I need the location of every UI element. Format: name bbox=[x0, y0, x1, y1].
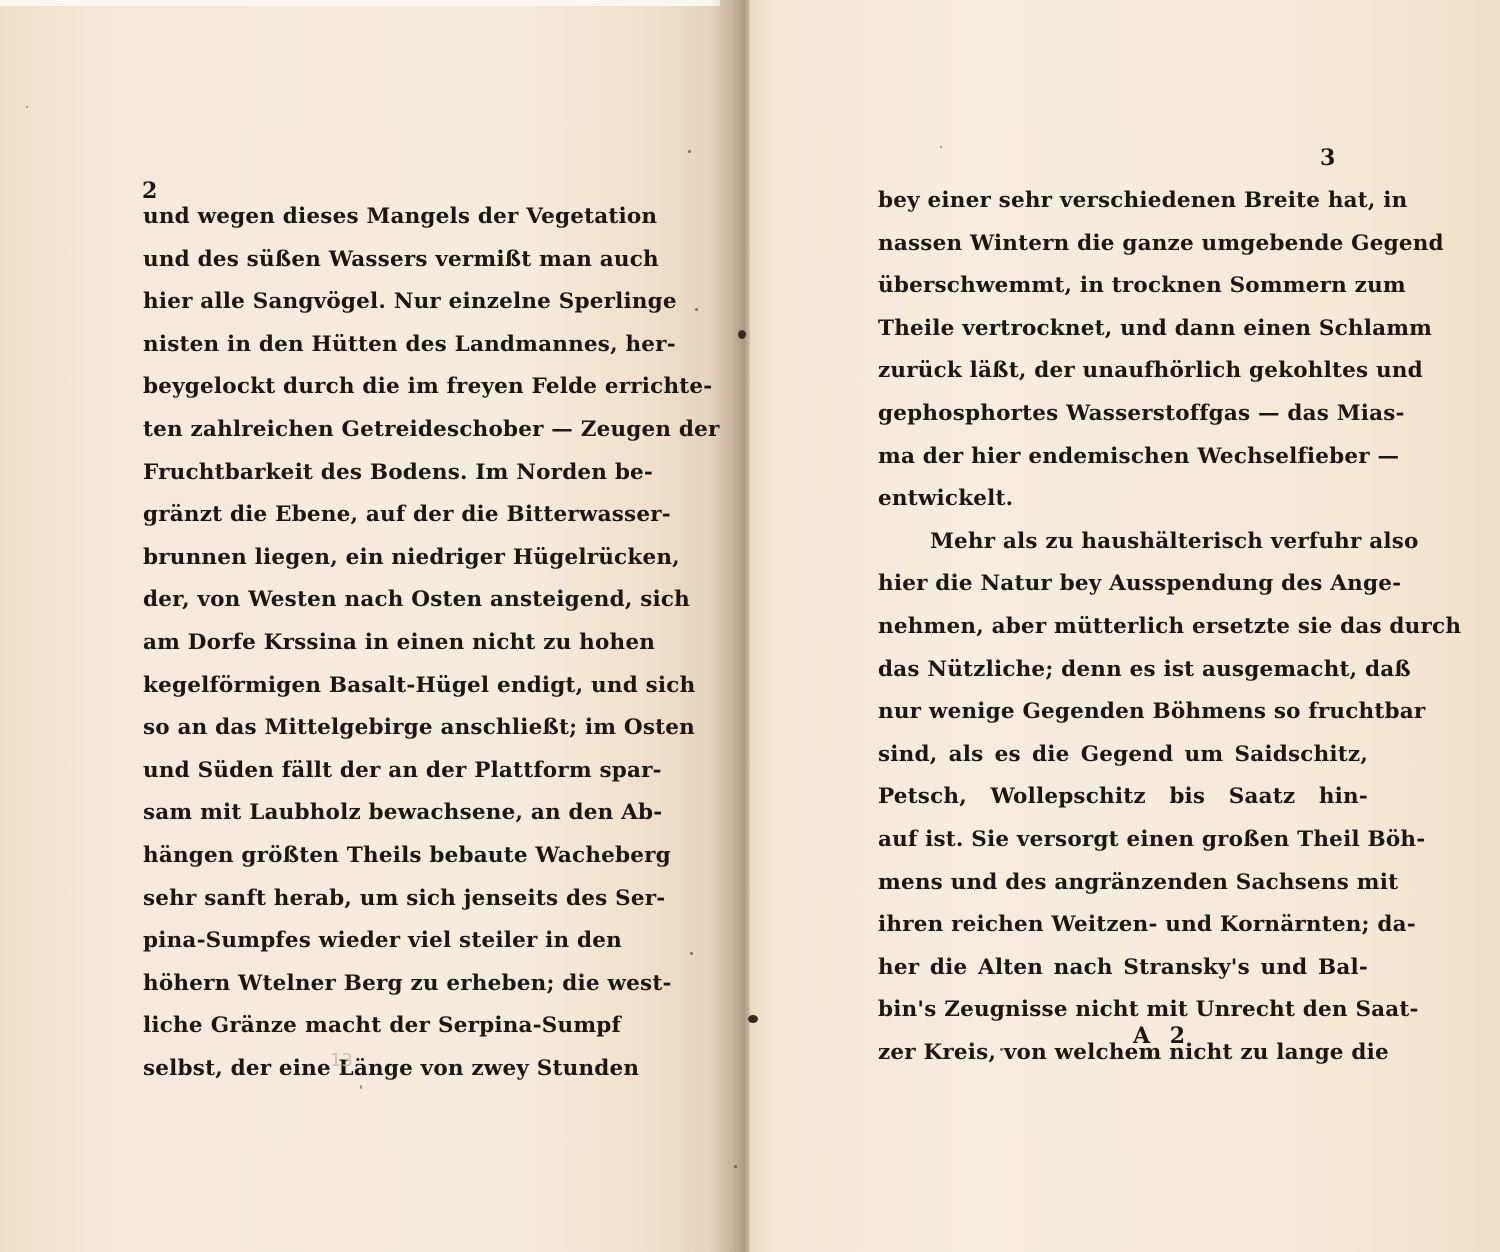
text-line: liche Gränze macht der Serpina-Sumpf bbox=[143, 1005, 621, 1048]
paper-speck bbox=[26, 106, 28, 108]
right-page-text: bey einer sehr verschiedenen Breite hat,… bbox=[878, 180, 1368, 1074]
text-line: und wegen dieses Mangels der Vegetation bbox=[143, 196, 621, 239]
page-top-edge bbox=[0, 0, 720, 6]
text-line: zer Kreis, von welchem nicht zu lange di… bbox=[878, 1032, 1368, 1075]
text-line: nassen Wintern die ganze umgebende Gegen… bbox=[878, 223, 1368, 266]
text-line: ma der hier endemischen Wechselfieber — bbox=[878, 436, 1368, 479]
text-line: und des süßen Wassers vermißt man auch bbox=[143, 239, 621, 282]
library-stamp: 13 bbox=[330, 1050, 353, 1071]
text-line: nehmen, aber mütterlich ersetzte sie das… bbox=[878, 606, 1368, 649]
text-line: sind, als es die Gegend um Saidschitz, bbox=[878, 734, 1368, 777]
text-line: auf ist. Sie versorgt einen großen Theil… bbox=[878, 819, 1368, 862]
paper-speck bbox=[1000, 1048, 1003, 1051]
text-line: ihren reichen Weitzen- und Kornärnten; d… bbox=[878, 904, 1368, 947]
text-line: hier die Natur bey Ausspendung des Ange- bbox=[878, 563, 1368, 606]
paragraph-start-line: Mehr als zu haushälterisch verfuhr also bbox=[878, 521, 1368, 564]
text-line: gränzt die Ebene, auf der die Bitterwass… bbox=[143, 494, 621, 537]
text-line: Petsch, Wollepschitz bis Saatz hin- bbox=[878, 776, 1368, 819]
text-line: Fruchtbarkeit des Bodens. Im Norden be- bbox=[143, 452, 621, 495]
text-line: sehr sanft herab, um sich jenseits des S… bbox=[143, 878, 621, 921]
text-line: und Süden fällt der an der Plattform spa… bbox=[143, 750, 621, 793]
text-line: am Dorfe Krssina in einen nicht zu hohen bbox=[143, 622, 621, 665]
paragraph-end-line: entwickelt. bbox=[878, 478, 1368, 521]
binding-hole bbox=[738, 330, 746, 339]
text-line: beygelockt durch die im freyen Felde err… bbox=[143, 366, 621, 409]
text-line: ten zahlreichen Getreideschober — Zeugen… bbox=[143, 409, 621, 452]
book-spread: 2 und wegen dieses Mangels der Vegetatio… bbox=[0, 0, 1500, 1252]
text-line: der, von Westen nach Osten ansteigend, s… bbox=[143, 579, 621, 622]
text-line: bin's Zeugnisse nicht mit Unrecht den Sa… bbox=[878, 989, 1368, 1032]
text-line: Theile vertrocknet, und dann einen Schla… bbox=[878, 308, 1368, 351]
text-line: so an das Mittelgebirge anschließt; im O… bbox=[143, 707, 621, 750]
text-line: gephosphortes Wasserstoffgas — das Mias- bbox=[878, 393, 1368, 436]
paper-speck bbox=[734, 1165, 737, 1168]
text-line: nisten in den Hütten des Landmannes, her… bbox=[143, 324, 621, 367]
signature-mark: A 2 bbox=[1133, 1023, 1191, 1049]
paper-speck bbox=[688, 150, 691, 153]
binding-hole bbox=[748, 1015, 758, 1023]
text-line: brunnen liegen, ein niedriger Hügelrücke… bbox=[143, 537, 621, 580]
text-line: kegelförmigen Basalt-Hügel endigt, und s… bbox=[143, 665, 621, 708]
text-line: überschwemmt, in trocknen Sommern zum bbox=[878, 265, 1368, 308]
paper-speck bbox=[360, 1085, 362, 1089]
paper-speck bbox=[940, 146, 942, 148]
paper-speck bbox=[695, 308, 698, 311]
text-line: zurück läßt, der unaufhörlich gekohltes … bbox=[878, 350, 1368, 393]
book-gutter bbox=[710, 0, 750, 1252]
text-line: mens und des angränzenden Sachsens mit bbox=[878, 862, 1368, 905]
text-line: her die Alten nach Stransky's und Bal- bbox=[878, 947, 1368, 990]
text-line: hängen größten Theils bebaute Wacheberg bbox=[143, 835, 621, 878]
text-line: nur wenige Gegenden Böhmens so fruchtbar bbox=[878, 691, 1368, 734]
text-line: selbst, der eine Länge von zwey Stunden bbox=[143, 1048, 621, 1091]
text-line: das Nützliche; denn es ist ausgemacht, d… bbox=[878, 649, 1368, 692]
text-line: hier alle Sangvögel. Nur einzelne Sperli… bbox=[143, 281, 621, 324]
paper-speck bbox=[690, 952, 693, 955]
page-number-right: 3 bbox=[1320, 145, 1335, 171]
text-line: sam mit Laubholz bewachsene, an den Ab- bbox=[143, 792, 621, 835]
text-line: bey einer sehr verschiedenen Breite hat,… bbox=[878, 180, 1368, 223]
text-line: pina-Sumpfes wieder viel steiler in den bbox=[143, 920, 621, 963]
left-page-text: und wegen dieses Mangels der Vegetation … bbox=[143, 196, 621, 1090]
text-line: höhern Wtelner Berg zu erheben; die west… bbox=[143, 963, 621, 1006]
